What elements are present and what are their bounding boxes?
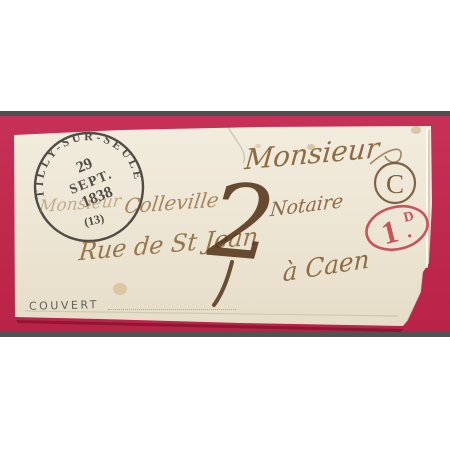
stain-spot [113,283,127,295]
pencil-annotation: COUVERT [29,298,99,313]
product-photo: TILLY-SUR-SEULE 29 SEPT. 1838 (13) C 1 D… [0,0,450,450]
pencil-underline [108,309,236,311]
rural-box-c-text: C [386,169,404,199]
address-name: Colleville [123,189,220,216]
stain-spot [411,126,421,134]
tax-manuscript-2: 2 [205,170,279,277]
